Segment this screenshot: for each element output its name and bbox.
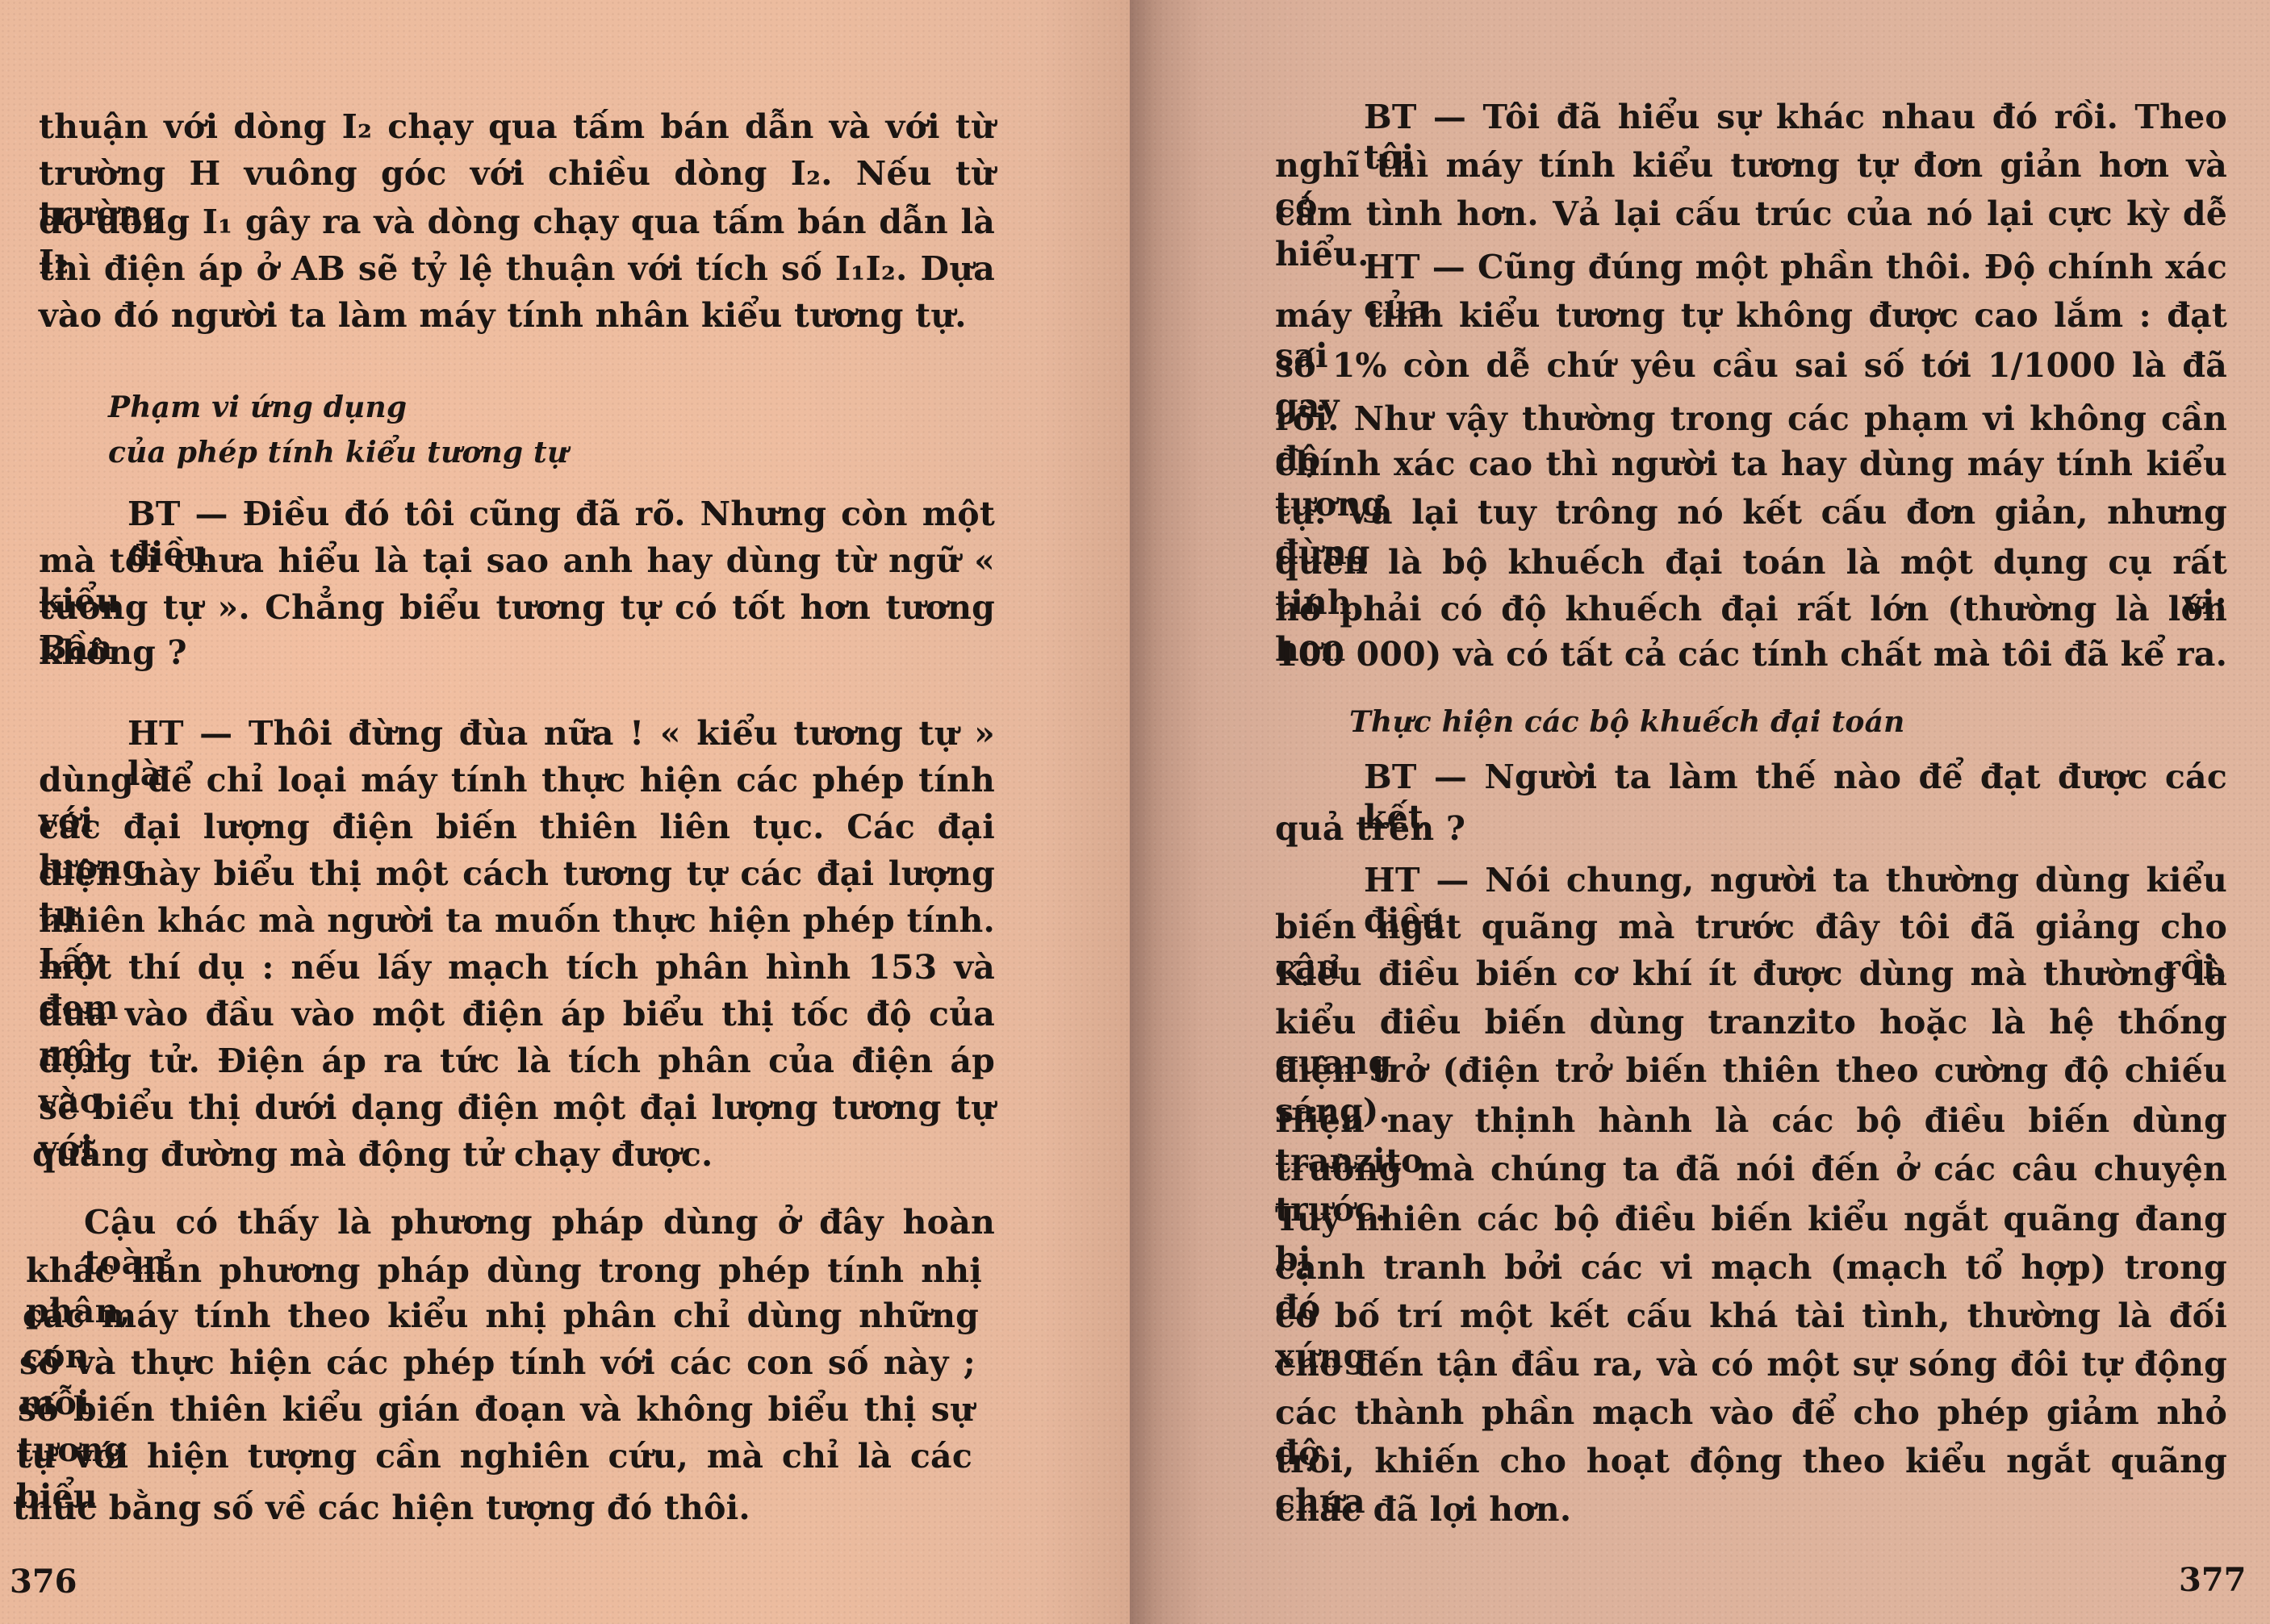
text-line: 100 000) và có tất cả các tính chất mà t… (1275, 634, 2227, 674)
text-line: Kiểu điều biến cơ khí ít được dùng mà th… (1275, 954, 2227, 994)
text-line: vào đó người ta làm máy tính nhân kiểu t… (39, 295, 995, 336)
left-page: thuận với dòng I₂ chạy qua tấm bán dẫn v… (0, 0, 1130, 1624)
section-heading-line-2: của phép tính kiểu tương tự (108, 432, 568, 473)
page-number: 377 (2179, 1560, 2247, 1601)
dialogue-text: Người ta làm thế nào để đạt được các kết (1364, 758, 2227, 837)
section-heading-line-1: Phạm vi ứng dụng (108, 387, 407, 428)
text-line: thì điện áp ở AB sẽ tỷ lệ thuận với tích… (39, 248, 995, 289)
book-spine-shadow (1130, 0, 1202, 1624)
page-number: 376 (10, 1562, 77, 1602)
speaker-label-ht: HT — (1364, 861, 1469, 900)
text-line: thức bằng số về các hiện tượng đó thôi. (13, 1488, 750, 1528)
speaker-label-bt: BT — (1364, 98, 1466, 136)
speaker-label-ht: HT — (1364, 248, 1465, 286)
speaker-label-bt: BT — (1364, 758, 1467, 796)
section-heading: Thực hiện các bộ khuếch đại toán (1349, 702, 1905, 742)
text-line: thuận với dòng I₂ chạy qua tấm bán dẫn v… (39, 106, 995, 147)
text-line: chắc đã lợi hơn. (1275, 1489, 1571, 1530)
text-line: không ? (39, 632, 187, 673)
speaker-label-ht: HT — (128, 714, 232, 753)
text-line: quả trên ? (1275, 808, 1465, 849)
speaker-label-bt: BT — (128, 495, 228, 533)
text-line: cho đến tận đầu ra, và có một sự sóng đô… (1275, 1344, 2227, 1384)
text-line: quãng đường mà động tử chạy được. (32, 1134, 713, 1175)
